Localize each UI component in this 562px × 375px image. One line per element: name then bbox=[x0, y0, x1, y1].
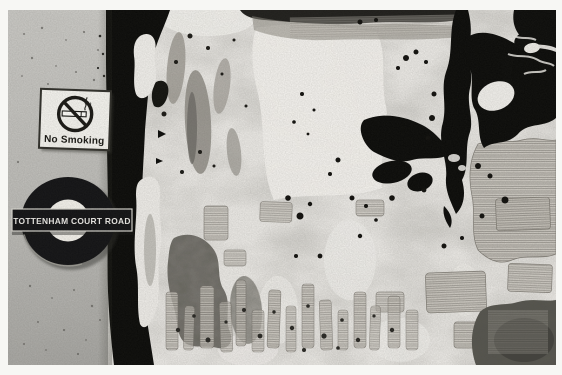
photo: TOTTENHAM COURT ROAD No Smoking bbox=[8, 10, 556, 365]
film-grain bbox=[8, 10, 556, 365]
photo-page: TOTTENHAM COURT ROAD No Smoking bbox=[0, 0, 562, 375]
photo-canvas: TOTTENHAM COURT ROAD No Smoking bbox=[8, 10, 556, 365]
